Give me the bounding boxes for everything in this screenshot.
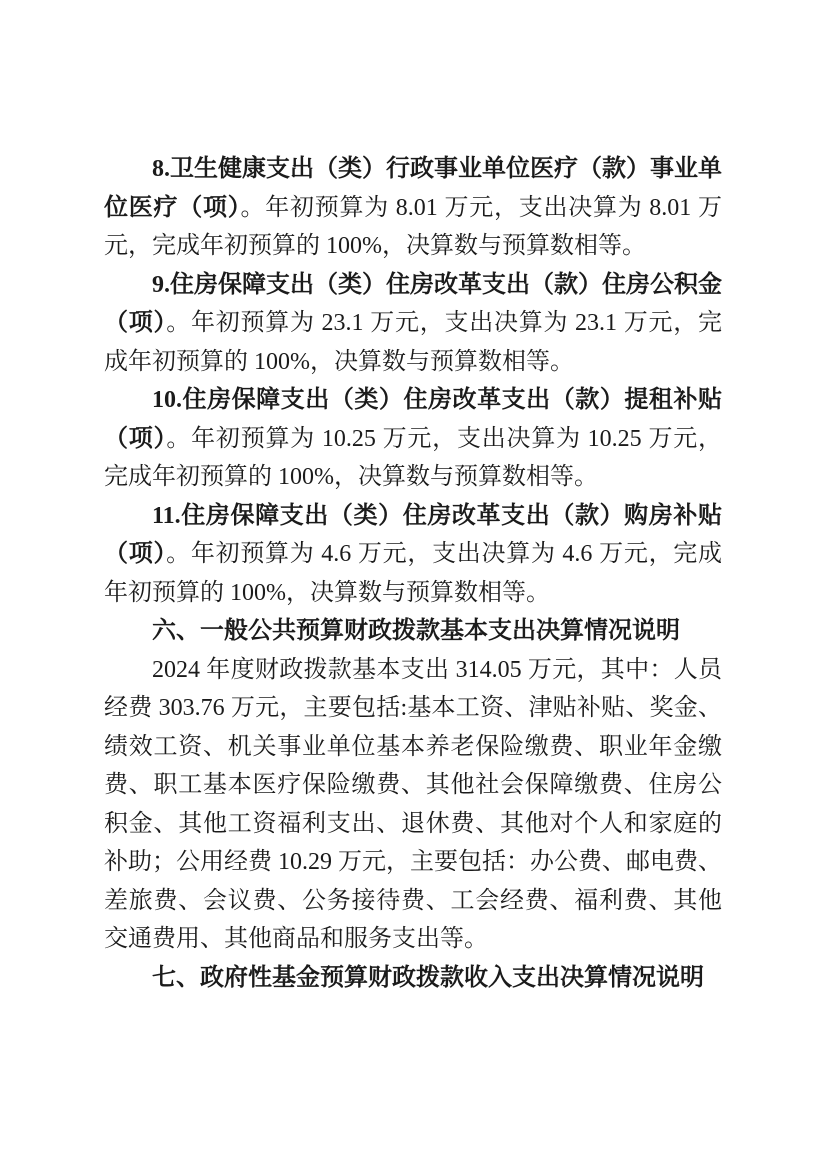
paragraph-item-11: 11.住房保障支出（类）住房改革支出（款）购房补贴（项）。年初预算为 4.6 万… [104,497,722,613]
paragraph-item-9-body: 。年初预算为 23.1 万元，支出决算为 23.1 万元，完成年初预算的 100… [104,310,722,375]
paragraph-item-10: 10.住房保障支出（类）住房改革支出（款）提租补贴（项）。年初预算为 10.25… [104,381,722,497]
paragraph-item-8: 8.卫生健康支出（类）行政事业单位医疗（款）事业单位医疗（项）。年初预算为 8.… [104,150,722,266]
paragraph-item-10-body: 。年初预算为 10.25 万元，支出决算为 10.25 万元，完成年初预算的 1… [104,426,722,491]
section-heading-7: 七、政府性基金预算财政拨款收入支出决算情况说明 [104,959,722,998]
paragraph-item-11-body: 。年初预算为 4.6 万元，支出决算为 4.6 万元，完成年初预算的 100%，… [104,541,722,606]
paragraph-item-9: 9.住房保障支出（类）住房改革支出（款）住房公积金（项）。年初预算为 23.1 … [104,266,722,382]
document-content: 8.卫生健康支出（类）行政事业单位医疗（款）事业单位医疗（项）。年初预算为 8.… [104,150,722,997]
section-heading-6: 六、一般公共预算财政拨款基本支出决算情况说明 [104,612,722,651]
document-page: 8.卫生健康支出（类）行政事业单位医疗（款）事业单位医疗（项）。年初预算为 8.… [0,0,826,1169]
paragraph-basic-expenditure: 2024 年度财政拨款基本支出 314.05 万元，其中：人员经费 303.76… [104,651,722,959]
